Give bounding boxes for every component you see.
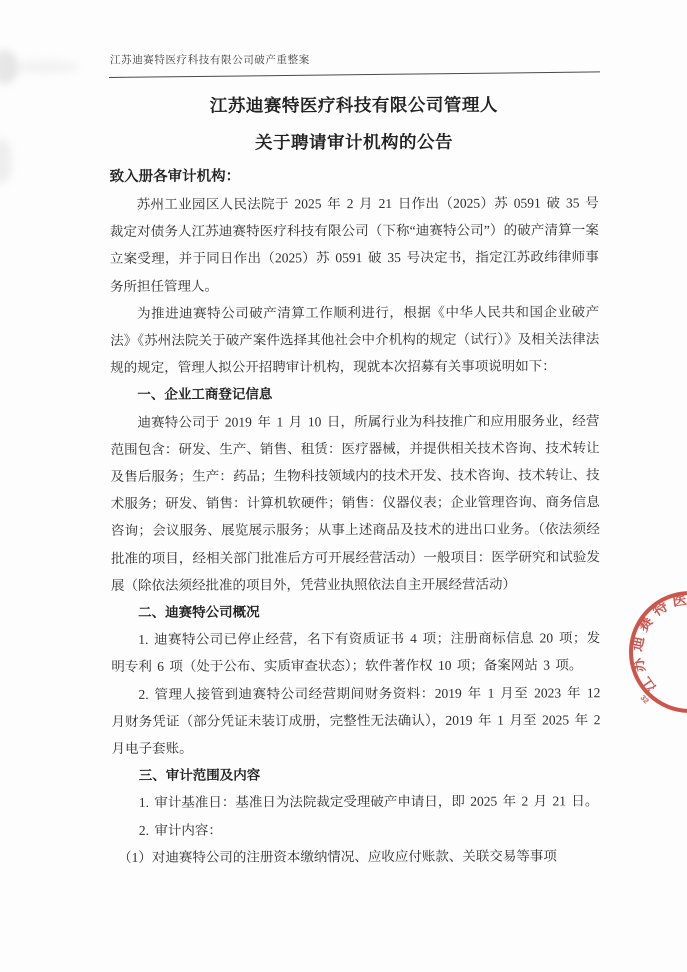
paragraph-court-ruling: 苏州工业园区人民法院于 2025 年 2 月 21 日作出（2025）苏 059… xyxy=(110,189,599,300)
section-heading-company-overview: 二、迪赛特公司概况 xyxy=(111,597,600,626)
scan-artifact xyxy=(0,50,18,84)
scan-artifact xyxy=(0,138,12,184)
section-heading-registration-info: 一、企业工商登记信息 xyxy=(110,380,599,409)
list-item-audit-base-date: 1. 审计基准日：基准日为法院裁定受理破产申请日，即 2025 年 2 月 21… xyxy=(112,788,601,817)
doc-title-line2: 关于聘请审计机构的公告 xyxy=(109,127,598,157)
company-seal: 江苏迪赛特医 32 xyxy=(588,550,687,754)
scan-artifact xyxy=(10,60,80,74)
paragraph-legal-basis: 为推进迪赛特公司破产清算工作顺利进行，根据《中华人民共和国企业破产法》《苏州法院… xyxy=(110,298,599,381)
list-item-company-assets: 1. 迪赛特公司已停止经营，名下有资质证书 4 项；注册商标信息 20 项；发明… xyxy=(111,625,600,681)
list-item-audit-content-detail: （1）对迪赛特公司的注册资本缴纳情况、应收应付账款、关联交易等事项 xyxy=(112,842,601,871)
document-page: 江苏迪赛特医疗科技有限公司破产重整案 江苏迪赛特医疗科技有限公司管理人 关于聘请… xyxy=(0,0,687,972)
salutation: 致入册各审计机构： xyxy=(110,161,599,191)
paragraph-business-scope: 迪赛特公司于 2019 年 1 月 10 日，所属行业为科技推广和应用服务业，经… xyxy=(110,407,600,599)
list-item-audit-content: 2. 审计内容： xyxy=(112,815,601,844)
doc-title-line1: 江苏迪赛特医疗科技有限公司管理人 xyxy=(109,0,598,120)
list-item-financial-records: 2. 管理人接管到迪赛特公司经营期间财务资料：2019 年 1 月至 2023 … xyxy=(111,679,600,762)
section-heading-audit-scope: 三、审计范围及内容 xyxy=(112,761,601,790)
document-body: 江苏迪赛特医疗科技有限公司管理人 关于聘请审计机构的公告 致入册各审计机构： 苏… xyxy=(109,0,601,871)
